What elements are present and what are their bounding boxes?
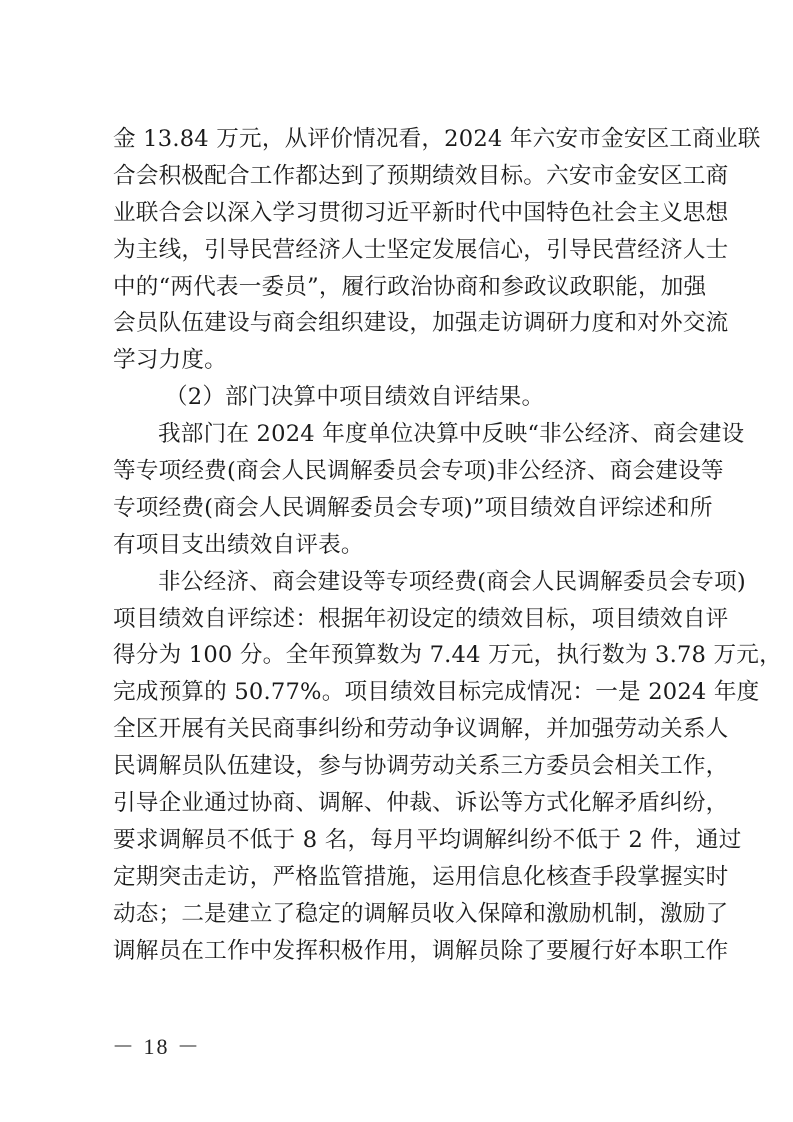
text-line: 会员队伍建设与商会组织建设，加强走访调研力度和对外交流 xyxy=(113,305,683,342)
text-line: 中的“两代表一委员”，履行政治协商和参政议政职能，加强 xyxy=(113,269,683,306)
text-line: 金 13.84 万元，从评价情况看，2024 年六安市金安区工商业联 xyxy=(113,121,683,158)
text-line: 为主线，引导民营经济人士坚定发展信心，引导民营经济人士 xyxy=(113,232,683,269)
page-number: － 18 － xyxy=(112,1030,201,1061)
text-line: 有项目支出绩效自评表。 xyxy=(113,527,683,564)
paragraph-department-report: 我部门在 2024 年度单位决算中反映“非公经济、商会建设 等专项经费(商会人民… xyxy=(113,416,683,564)
document-page: 金 13.84 万元，从评价情况看，2024 年六安市金安区工商业联 合会积极配… xyxy=(113,121,683,969)
text-line: 要求调解员不低于 8 名，每月平均调解纠纷不低于 2 件，通过 xyxy=(113,822,683,859)
text-line: 定期突击走访，严格监管措施，运用信息化核查手段掌握实时 xyxy=(113,859,683,896)
text-line: 民调解员队伍建设，参与协调劳动关系三方委员会相关工作， xyxy=(113,748,683,785)
text-line: 专项经费(商会人民调解委员会专项)”项目绩效自评综述和所 xyxy=(113,490,683,527)
text-line: 完成预算的 50.77%。项目绩效目标完成情况：一是 2024 年度 xyxy=(113,674,683,711)
text-line: 动态；二是建立了稳定的调解员收入保障和激励机制，激励了 xyxy=(113,896,683,933)
section-heading: （2）部门决算中项目绩效自评结果。 xyxy=(113,379,683,416)
text-line: 项目绩效自评综述：根据年初设定的绩效目标，项目绩效自评 xyxy=(113,601,683,638)
text-line: 我部门在 2024 年度单位决算中反映“非公经济、商会建设 xyxy=(113,416,683,453)
text-line: 得分为 100 分。全年预算数为 7.44 万元，执行数为 3.78 万元， xyxy=(113,637,683,674)
text-line: 全区开展有关民商事纠纷和劳动争议调解，并加强劳动关系人 xyxy=(113,711,683,748)
text-line: 调解员在工作中发挥积极作用，调解员除了要履行好本职工作 xyxy=(113,933,683,970)
text-line: 非公经济、商会建设等专项经费(商会人民调解委员会专项) xyxy=(113,564,683,601)
text-line: 业联合会以深入学习贯彻习近平新时代中国特色社会主义思想 xyxy=(113,195,683,232)
heading-text: （2）部门决算中项目绩效自评结果。 xyxy=(113,379,683,416)
paragraph-continuation: 金 13.84 万元，从评价情况看，2024 年六安市金安区工商业联 合会积极配… xyxy=(113,121,683,379)
text-line: 学习力度。 xyxy=(113,342,683,379)
text-line: 合会积极配合工作都达到了预期绩效目标。六安市金安区工商 xyxy=(113,158,683,195)
text-line: 等专项经费(商会人民调解委员会专项)非公经济、商会建设等 xyxy=(113,453,683,490)
text-line: 引导企业通过协商、调解、仲裁、诉讼等方式化解矛盾纠纷， xyxy=(113,785,683,822)
paragraph-project-self-evaluation: 非公经济、商会建设等专项经费(商会人民调解委员会专项) 项目绩效自评综述：根据年… xyxy=(113,564,683,970)
